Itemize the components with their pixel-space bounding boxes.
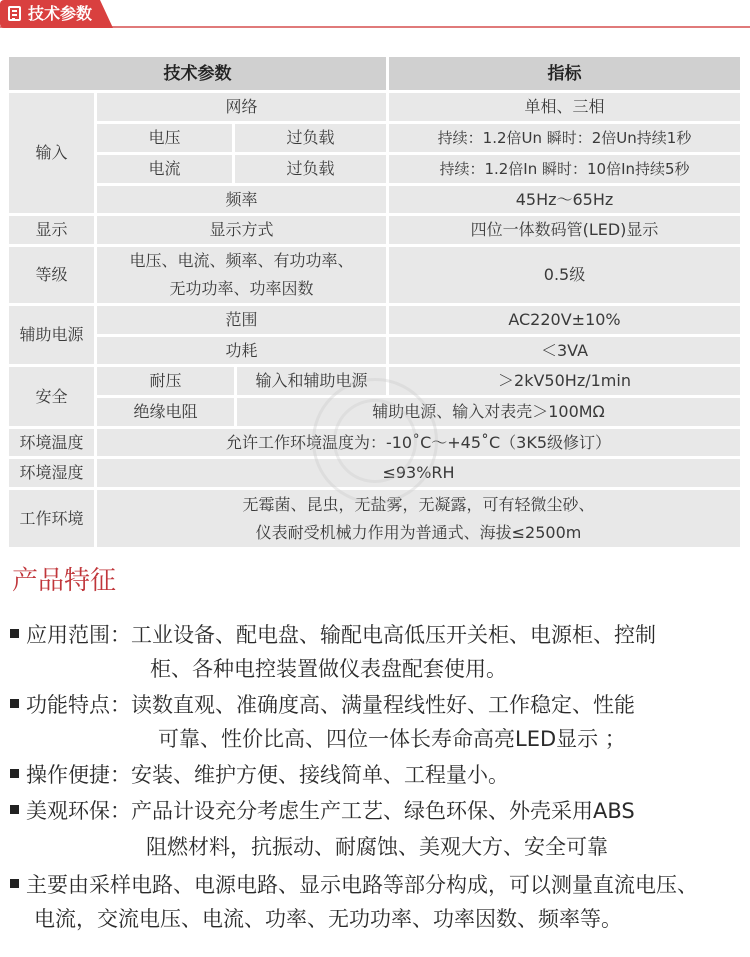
param-current: 电流 (97, 155, 232, 183)
category-grade: 等级 (9, 247, 94, 303)
square-bullet-icon (10, 629, 19, 638)
category-safety: 安全 (9, 367, 94, 426)
feature-item-function: 功能特点：读数直观、准确度高、满量程线性好、工作稳定、性能 (10, 690, 635, 720)
features-title: 产品特征 (12, 563, 116, 599)
value-current-overload: 持续：1.2倍In 瞬时：10倍In持续5秒 (389, 155, 740, 183)
value-work-env-line2: 仪表耐受机械力作用为普通式、海拔≤2500m (256, 519, 582, 547)
param-insulation: 绝缘电阻 (97, 398, 234, 426)
feature-item-operation: 操作便捷：安装、维护方便、接线简单、工程量小。 (10, 760, 509, 790)
value-env-humidity: ≤93%RH (97, 459, 740, 487)
feature-item-composition-cont: 电流，交流电压、电流、功率、无功功率、功率因数、频率等。 (34, 904, 622, 934)
square-bullet-icon (10, 769, 19, 778)
header-value: 指标 (389, 57, 740, 90)
param-grade: 电压、电流、频率、有功功率、 无功功率、功率因数 (97, 247, 386, 303)
feature-item-application: 应用范围：工业设备、配电盘、输配电高低压开关柜、电源柜、控制 (10, 620, 656, 650)
banner-tab: 技术参数 (0, 0, 113, 28)
param-grade-line1: 电压、电流、频率、有功功率、 (129, 247, 353, 275)
header-param: 技术参数 (9, 57, 386, 90)
value-range: AC220V±10% (389, 306, 740, 334)
param-consumption: 功耗 (97, 337, 386, 364)
banner-title: 技术参数 (28, 3, 92, 25)
feature-item-appearance: 美观环保：产品计设充分考虑生产工艺、绿色环保、外壳采用ABS (10, 796, 635, 826)
param-grade-line2: 无功功率、功率因数 (169, 275, 313, 303)
param-withstand: 耐压 (97, 367, 234, 395)
param-voltage: 电压 (97, 124, 232, 152)
feature-item-appearance-cont: 阻燃材料，抗振动、耐腐蚀、美观大方、安全可靠 (146, 832, 608, 862)
value-consumption: ＜3VA (389, 337, 740, 364)
value-display-mode: 四位一体数码管(LED)显示 (389, 216, 740, 244)
category-aux-power: 辅助电源 (9, 306, 94, 364)
value-withstand: ＞2kV50Hz/1min (389, 367, 740, 395)
category-env-humidity: 环境湿度 (9, 459, 94, 487)
value-grade: 0.5级 (389, 247, 740, 303)
value-work-env: 无霉菌、昆虫，无盐雾，无凝露，可有轻微尘砂、 仪表耐受机械力作用为普通式、海拔≤… (97, 490, 740, 547)
value-work-env-line1: 无霉菌、昆虫，无盐雾，无凝露，可有轻微尘砂、 (242, 491, 594, 519)
param-range: 范围 (97, 306, 386, 334)
param-display-mode: 显示方式 (97, 216, 386, 244)
category-work-env: 工作环境 (9, 490, 94, 547)
category-input: 输入 (9, 93, 94, 213)
sub-withstand: 输入和辅助电源 (237, 367, 386, 395)
square-bullet-icon (10, 879, 19, 888)
square-bullet-icon (10, 805, 19, 814)
value-insulation: 辅助电源、输入对表壳＞100MΩ (237, 398, 740, 426)
sub-voltage-overload: 过负载 (235, 124, 386, 152)
feature-item-function-cont: 可靠、性价比高、四位一体长寿命高亮LED显示 ； (158, 724, 626, 754)
category-display: 显示 (9, 216, 94, 244)
value-frequency: 45Hz～65Hz (389, 186, 740, 213)
value-env-temp: 允许工作环境温度为：-10˚C～+45˚C（3K5级修订） (97, 429, 740, 456)
param-network: 网络 (97, 93, 386, 121)
feature-item-composition: 主要由采样电路、电源电路、显示电路等部分构成，可以测量直流电压、 (10, 870, 698, 900)
category-env-temp: 环境温度 (9, 429, 94, 456)
value-network: 单相、三相 (389, 93, 740, 121)
param-frequency: 频率 (97, 186, 386, 213)
sub-current-overload: 过负载 (235, 155, 386, 183)
value-voltage-overload: 持续：1.2倍Un 瞬时：2倍Un持续1秒 (389, 124, 740, 152)
feature-item-application-cont: 柜、各种电控装置做仪表盘配套使用。 (150, 654, 507, 684)
document-list-icon (8, 6, 21, 21)
square-bullet-icon (10, 699, 19, 708)
section-banner: 技术参数 (0, 0, 750, 30)
